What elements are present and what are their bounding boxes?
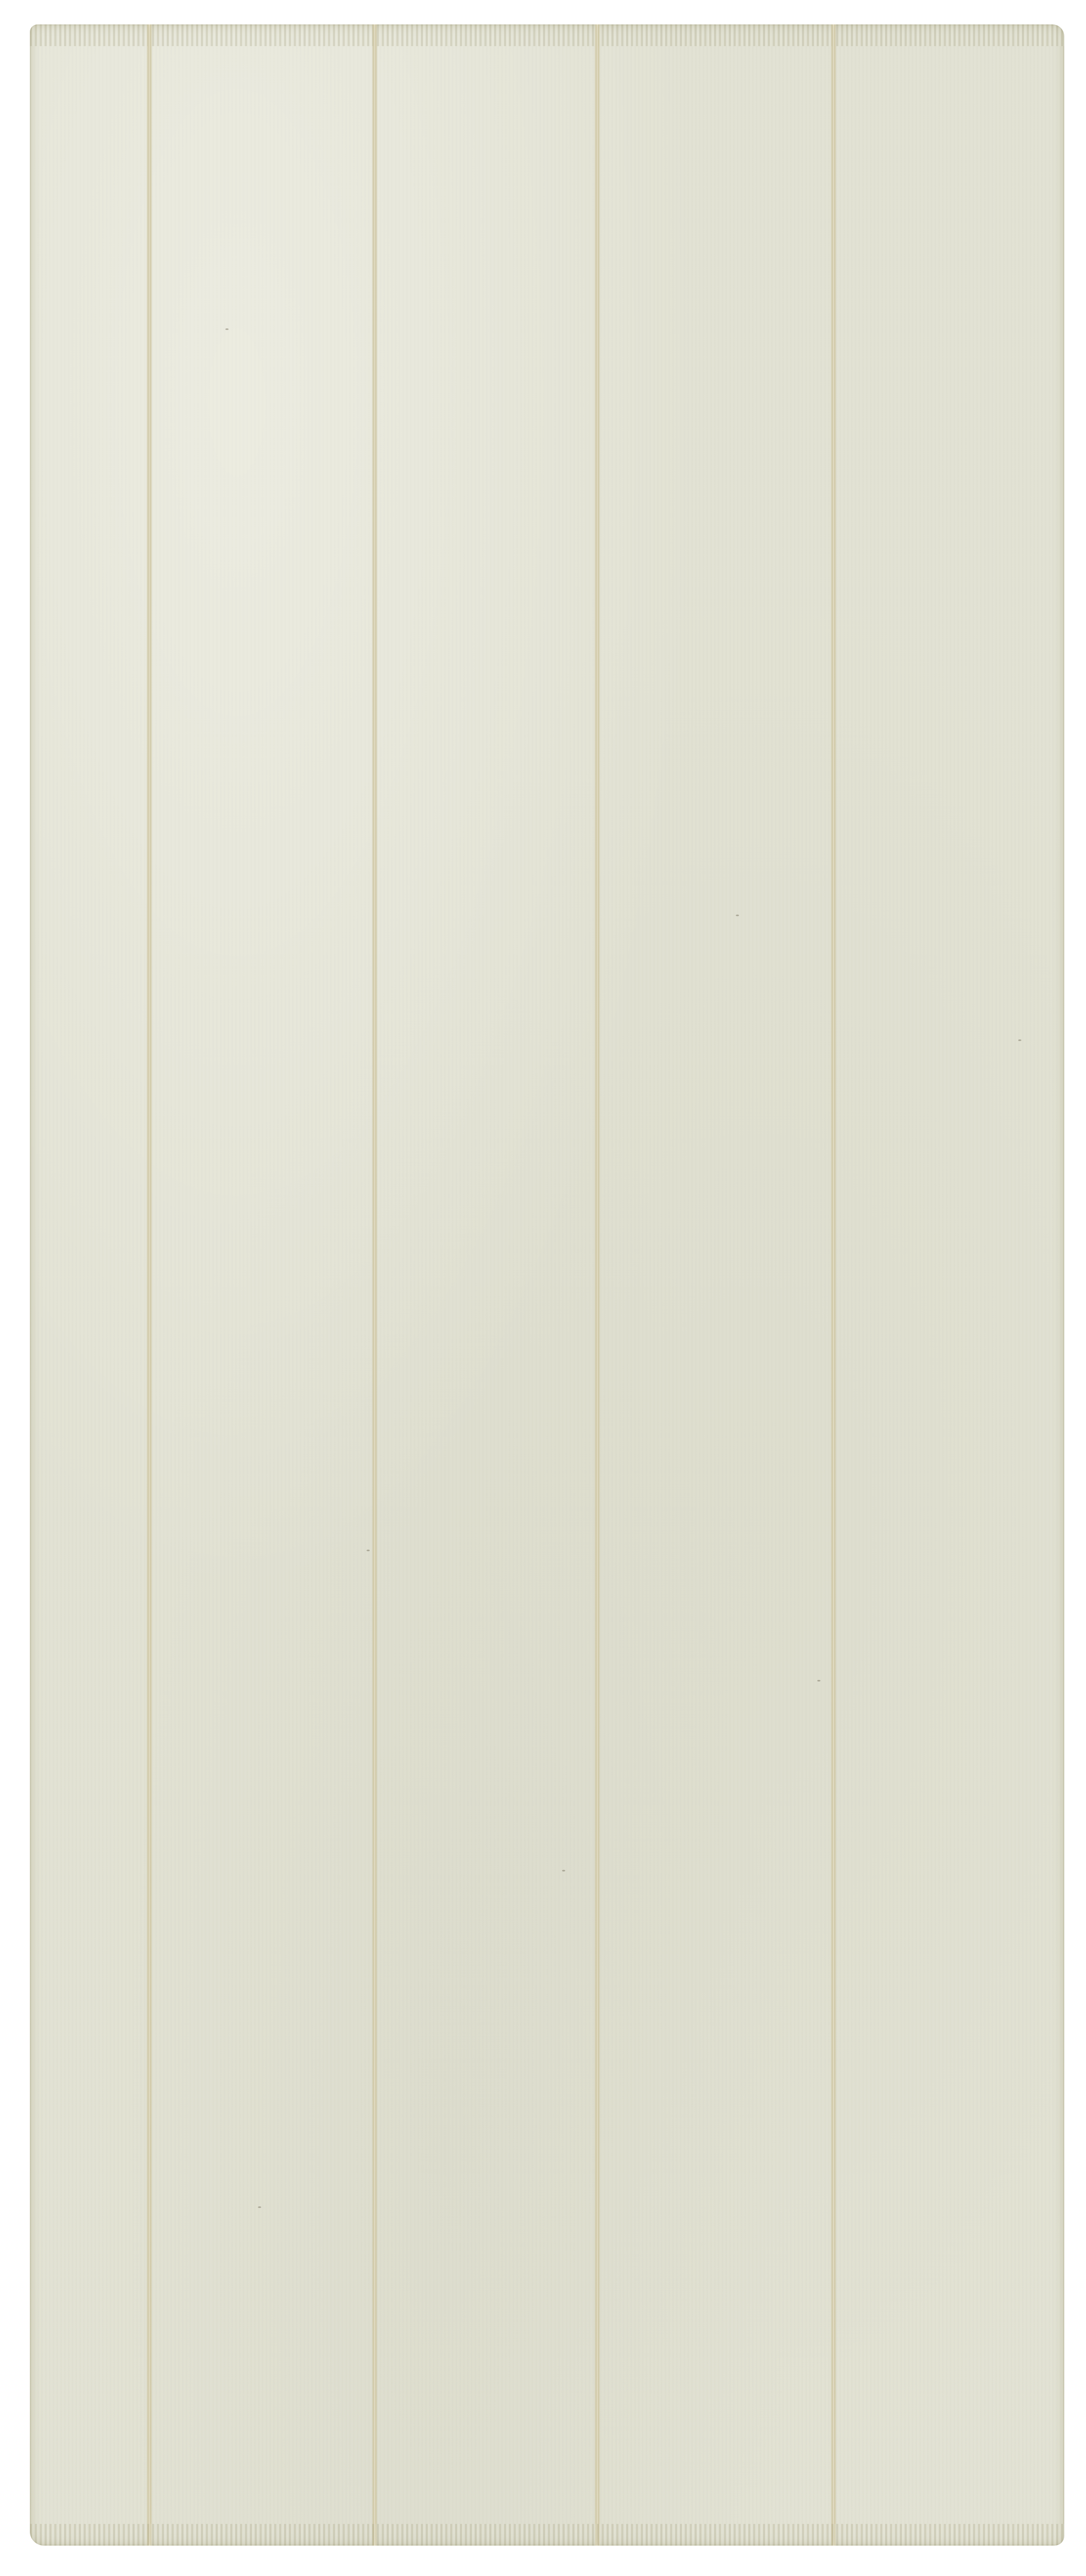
rug-stripe [831,24,836,2546]
rug-stripe [595,24,600,2546]
rug-speck [225,328,229,330]
rug-speck [367,1550,370,1551]
rug-speck [817,1680,820,1682]
rug-top-edge [30,24,1064,46]
rug [30,24,1064,2546]
rug-speck [1018,1039,1021,1041]
rug-speck [736,915,739,916]
rug-bottom-edge [30,2524,1064,2546]
rug-speck [562,1870,565,1871]
rug-stripe [147,24,152,2546]
rug-speck [258,2206,261,2208]
rug-stripe [372,24,377,2546]
